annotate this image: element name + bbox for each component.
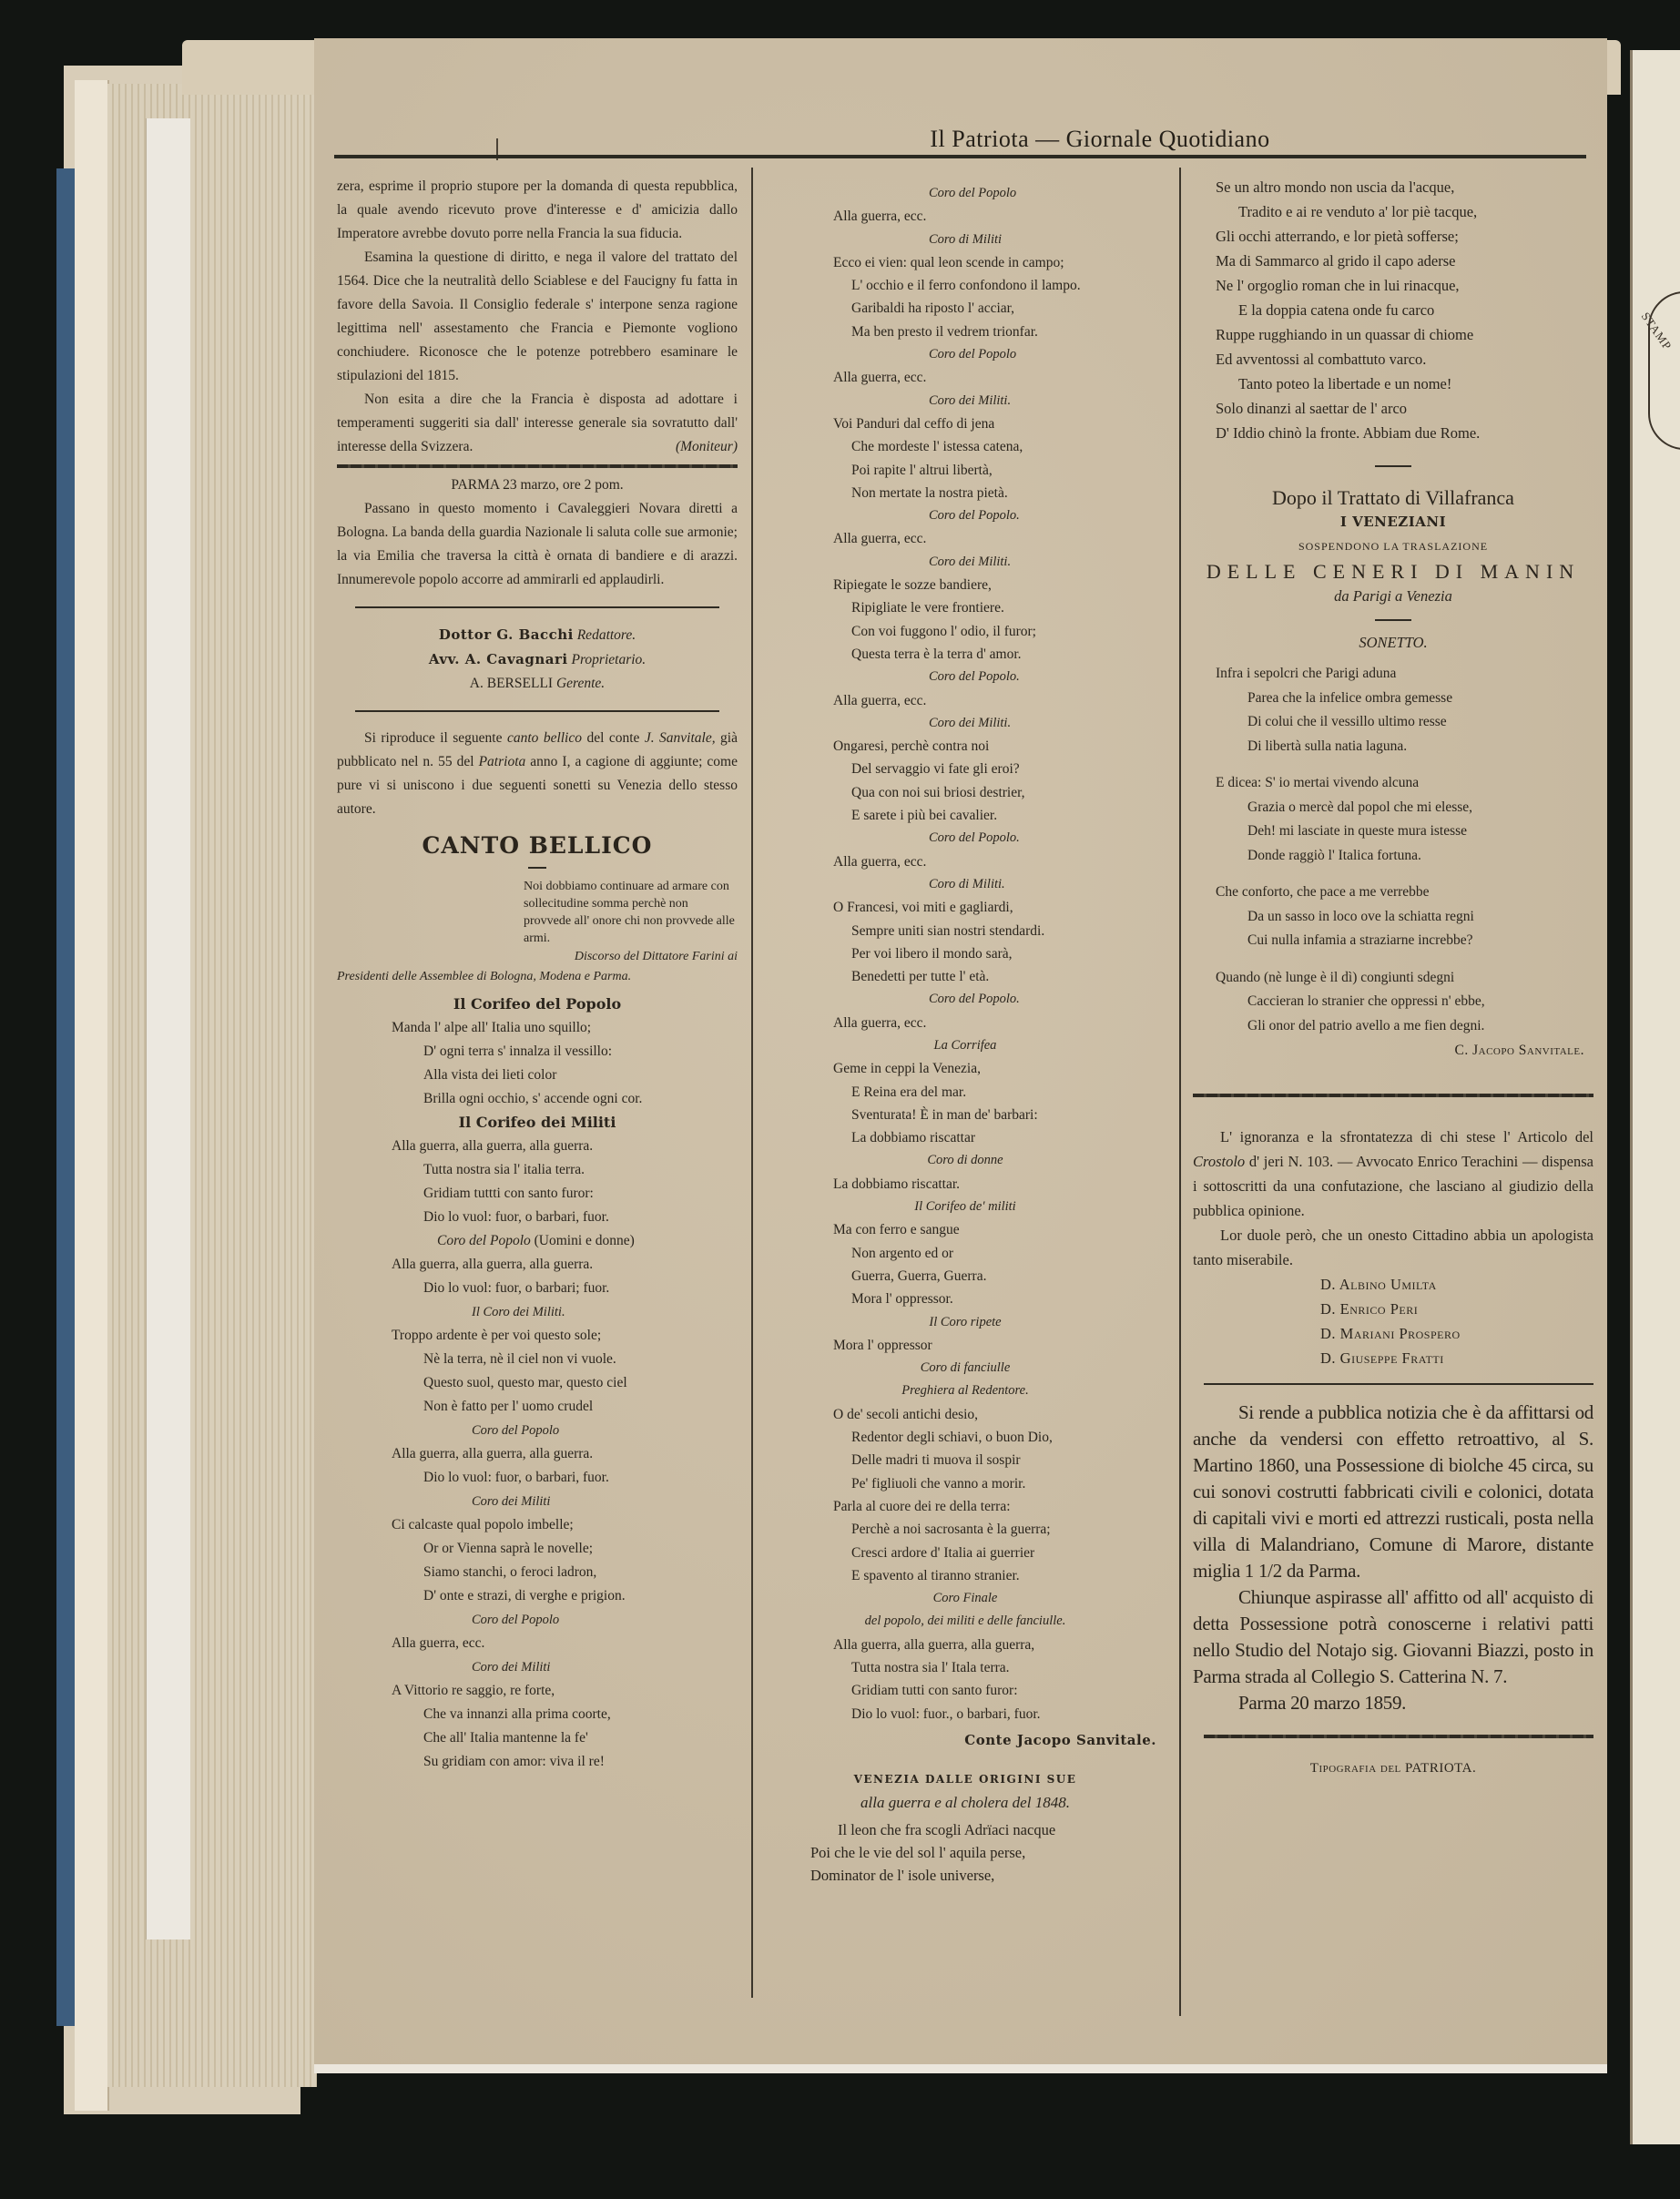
newspaper-page: Il Patriota — Giornale Quotidiano zera, …: [314, 38, 1607, 2073]
chorus-subrole: Preghiera al Redentore.: [765, 1379, 1166, 1402]
verse-line: Questo suol, questo mar, questo ciel: [337, 1371, 738, 1395]
verse-line: Ci calcaste qual popolo imbelle;: [337, 1513, 738, 1537]
verse-line: Quando (nè lunge è il dì) congiunti sdeg…: [1193, 966, 1593, 991]
verse-line: Mora l' oppressor: [765, 1334, 1166, 1357]
verse-line: Qua con noi sui briosi destrier,: [765, 781, 1166, 804]
verse-line: Ruppe rugghiando in un quassar di chiome: [1193, 322, 1593, 347]
signer: D. Giuseppe Fratti: [1193, 1346, 1593, 1370]
manin-heading: SOSPENDONO LA TRASLAZIONE: [1193, 534, 1593, 559]
verse-line: Gridiam tuttti con santo furor:: [337, 1182, 738, 1206]
verse-line: La dobbiamo riscattar.: [765, 1173, 1166, 1196]
staff-line: A. BERSELLI Gerente.: [337, 672, 738, 696]
canto-title: CANTO BELLICO: [337, 834, 738, 858]
section-dash: [1375, 619, 1411, 621]
section-dash: [1375, 465, 1411, 467]
verse-line: A Vittorio re saggio, re forte,: [337, 1679, 738, 1703]
verse-line: Ecco ei vien: qual leon scende in campo;: [765, 251, 1166, 274]
verse-line: Alla guerra, ecc.: [765, 527, 1166, 550]
verse-line: Da un sasso in loco ove la schiatta regn…: [1193, 905, 1593, 930]
verse-line: Siamo stanchi, o feroci ladron,: [337, 1561, 738, 1584]
chorus-role: Coro di Militi.: [765, 873, 1166, 896]
signer: D. Enrico Peri: [1193, 1297, 1593, 1321]
verse-line: Garibaldi ha riposto l' acciar,: [765, 297, 1166, 320]
verse-line: Troppo ardente è per voi questo sole;: [337, 1324, 738, 1348]
chorus-role: Coro di fanciulle: [765, 1357, 1166, 1379]
verse-line: Che va innanzi alla prima coorte,: [337, 1703, 738, 1726]
verse-line: Deh! mi lasciate in queste mura istesse: [1193, 820, 1593, 844]
section-divider: [1204, 1383, 1593, 1385]
chorus-role: Coro dei Militi.: [765, 390, 1166, 412]
notice-crostolo: L' ignoranza e la sfrontatezza di chi st…: [1193, 1125, 1593, 1370]
verse-line: Guerra, Guerra, Guerra.: [765, 1265, 1166, 1288]
verse-line: Cresci ardore d' Italia ai guerrier: [765, 1542, 1166, 1564]
signer: D. Mariani Prospero: [1193, 1321, 1593, 1346]
verse-line: Poi rapite l' altrui libertà,: [765, 459, 1166, 482]
verse-line: Se un altro mondo non uscia da l'acque,: [1193, 175, 1593, 199]
chorus-role: Il Coro ripete: [765, 1311, 1166, 1334]
verse-line: Parea che la infelice ombra gemesse: [1193, 687, 1593, 711]
verse-line: Alla guerra, alla guerra, alla guerra.: [337, 1442, 738, 1466]
chorus-role: Coro dei Militi.: [765, 551, 1166, 574]
verse-line: Alla guerra, ecc.: [765, 689, 1166, 712]
chorus-role: Coro del Popolo (Uomini e donne): [337, 1229, 738, 1253]
verse-line: Non è fatto per l' uomo crudel: [337, 1395, 738, 1419]
verse-line: Donde raggiò l' Italica fortuna.: [1193, 844, 1593, 869]
masthead: Il Patriota — Giornale Quotidiano: [781, 126, 1419, 153]
notice-paragraph: L' ignoranza e la sfrontatezza di chi st…: [1193, 1125, 1593, 1223]
verse-line: Con voi fuggono l' odio, il furor;: [765, 620, 1166, 643]
manin-heading: Dopo il Trattato di Villafranca: [1193, 485, 1593, 510]
section-divider: [337, 464, 738, 468]
news-paragraph: Esamina la questione di diritto, e nega …: [337, 246, 738, 388]
section-divider: [355, 606, 719, 608]
verse-line: Il leon che fra scogli Adrïaci nacque: [765, 1818, 1166, 1841]
verse-line: Ripigliate le vere frontiere.: [765, 596, 1166, 619]
chorus-blocks: Coro del PopoloAlla guerra, ecc.Coro di …: [765, 182, 1166, 1726]
verse-line: O de' secoli antichi desio,: [765, 1403, 1166, 1426]
verse-line: Cui nulla infamia a straziarne increbbe?: [1193, 929, 1593, 953]
left-column: zera, esprime il proprio stupore per la …: [337, 175, 738, 1774]
chorus-role: Coro Finale: [765, 1587, 1166, 1610]
sonetto-label: SONETTO.: [1193, 630, 1593, 655]
venezia-title: VENEZIA DALLE ORIGINI SUE: [765, 1768, 1166, 1791]
verse-line: D' ogni terra s' innalza il vessillo:: [337, 1040, 738, 1064]
chorus-role: Coro del Popolo.: [765, 666, 1166, 688]
verse-line: E spavento al tiranno stranier.: [765, 1564, 1166, 1587]
verse-line: Dominator de l' isole universe,: [765, 1864, 1166, 1887]
verse-line: Alla guerra, ecc.: [337, 1632, 738, 1655]
verse-line: Tradito e ai re venduto a' lor piè tacqu…: [1193, 199, 1593, 224]
verse-line: O Francesi, voi miti e gagliardi,: [765, 896, 1166, 919]
verse-line: Che conforto, che pace a me verrebbe: [1193, 881, 1593, 905]
notice-date: Parma 20 marzo 1859.: [1193, 1690, 1593, 1716]
section-divider: [355, 710, 719, 712]
notice-paragraph: Si rende a pubblica notizia che è da aff…: [1193, 1400, 1593, 1584]
chorus-role: Coro dei Militi: [337, 1655, 738, 1679]
verse-line: Dio lo vuol: fuor, o barbari, fuor.: [337, 1206, 738, 1229]
verse-line: Tutta nostra sia l' italia terra.: [337, 1158, 738, 1182]
verse-line: Che all' Italia mantenne la fe': [337, 1726, 738, 1750]
paper-bookmark-strip: [146, 118, 190, 1939]
verse-line: D' Iddio chinò la fronte. Abbiam due Rom…: [1193, 421, 1593, 445]
epigraph: Noi dobbiamo continuare ad armare con so…: [337, 878, 738, 947]
verse-line: E la doppia catena onde fu carco: [1193, 298, 1593, 322]
verse-line: Ripiegate le sozze bandiere,: [765, 574, 1166, 596]
page-edge: [75, 80, 109, 2111]
verse-line: Su gridiam con amor: viva il re!: [337, 1750, 738, 1774]
verse-line: Per voi libero il mondo sarà,: [765, 942, 1166, 965]
verse-line: Che mordeste l' istessa catena,: [765, 435, 1166, 458]
chorus-role: Coro di Militi: [765, 229, 1166, 251]
verse-line: Ma ben presto il vedrem trionfar.: [765, 321, 1166, 343]
chorus-role: Coro del Popolo: [765, 343, 1166, 366]
middle-column: Coro del PopoloAlla guerra, ecc.Coro di …: [765, 182, 1166, 1888]
verse-line: Caccieran lo stranier che oppressi n' eb…: [1193, 990, 1593, 1014]
verse-line: Tanto poteo la libertade e un nome!: [1193, 372, 1593, 396]
verse-line: Di libertà sulla natia laguna.: [1193, 735, 1593, 759]
verse-line: Geme in ceppi la Venezia,: [765, 1057, 1166, 1080]
chorus-role: Il Coro dei Militi.: [337, 1300, 738, 1324]
chorus-subrole: del popolo, dei militi e delle fanciulle…: [765, 1610, 1166, 1633]
corifeo-heading: Il Corifeo dei Militi: [337, 1111, 738, 1135]
verse-line: Voi Panduri dal ceffo di jena: [765, 412, 1166, 435]
verse-line: Alla guerra, ecc.: [765, 205, 1166, 228]
verse-line: Alla guerra, alla guerra, alla guerra,: [765, 1634, 1166, 1656]
chorus-role: Il Corifeo de' militi: [765, 1196, 1166, 1218]
parma-news: Passano in questo momento i Cavaleggieri…: [337, 497, 738, 592]
section-divider: [1204, 1735, 1593, 1738]
verse-line: Ne l' orgoglio roman che in lui rinacque…: [1193, 273, 1593, 298]
verse-line: Pe' figliuoli che vanno a morir.: [765, 1472, 1166, 1495]
verse-line: Ma con ferro e sangue: [765, 1218, 1166, 1241]
chorus-role: Coro del Popolo.: [765, 504, 1166, 527]
verse-line: Dio lo vuol: fuor, o barbari, fuor.: [337, 1466, 738, 1490]
verse-line: Manda l' alpe all' Italia uno squillo;: [337, 1016, 738, 1040]
news-paragraph: Non esita a dire che la Francia è dispos…: [337, 388, 738, 459]
verse-line: La dobbiamo riscattar: [765, 1126, 1166, 1149]
verse-line: Questa terra è la terra d' amor.: [765, 643, 1166, 666]
verse-line: Gli occhi atterrando, e lor pietà soffer…: [1193, 224, 1593, 249]
verse-line: Infra i sepolcri che Parigi aduna: [1193, 662, 1593, 687]
verse-line: L' occhio e il ferro confondono il lampo…: [765, 274, 1166, 297]
sonetto-signature: C. Jacopo Sanvitale.: [1193, 1038, 1593, 1063]
manin-heading: DELLE CENERI DI MANIN: [1193, 559, 1593, 584]
news-paragraph: zera, esprime il proprio stupore per la …: [337, 175, 738, 246]
verse-line: Di colui che il vessillo ultimo resse: [1193, 710, 1593, 735]
verse-line: Sempre uniti sian nostri stendardi.: [765, 920, 1166, 942]
sonetto: Infra i sepolcri che Parigi adunaParea c…: [1193, 662, 1593, 1038]
staff-line: Dottor G. Bacchi Redattore.: [337, 623, 738, 647]
verse-line: E dicea: S' io mertai vivendo alcuna: [1193, 771, 1593, 796]
verse-line: Benedetti per tutte l' età.: [765, 965, 1166, 988]
venezia-subtitle: alla guerra e al cholera del 1848.: [765, 1791, 1166, 1814]
notice-possessione: Si rende a pubblica notizia che è da aff…: [1193, 1400, 1593, 1716]
header-rule: [334, 155, 1586, 158]
verse-line: Gli onor del patrio avello a me fien deg…: [1193, 1014, 1593, 1039]
verse-line: Gridiam tutti con santo furor:: [765, 1679, 1166, 1702]
verse-line: Delle madri ti muova il sospir: [765, 1449, 1166, 1471]
staff-line: Avv. A. Cavagnari Proprietario.: [337, 647, 738, 672]
canto-intro: Si riproduce il seguente canto bellico d…: [337, 727, 738, 821]
notice-paragraph: Lor duole però, che un onesto Cittadino …: [1193, 1223, 1593, 1272]
verse-line: Perchè a noi sacrosanta è la guerra;: [765, 1518, 1166, 1541]
chorus-role: La Corrifea: [765, 1034, 1166, 1057]
chorus-role: Coro del Popolo: [765, 182, 1166, 205]
chorus-role: Coro del Popolo.: [765, 827, 1166, 850]
verse-line: Alla guerra, ecc.: [765, 366, 1166, 389]
verse-line: Ma di Sammarco al grido il capo aderse: [1193, 249, 1593, 273]
verse-line: Nè la terra, nè il ciel non vi vuole.: [337, 1348, 738, 1371]
verse-line: Or or Vienna saprà le novelle;: [337, 1537, 738, 1561]
corifeo-heading: Il Corifeo del Popolo: [337, 993, 738, 1016]
verse-line: Non argento ed or: [765, 1242, 1166, 1265]
chorus-role: Coro dei Militi: [337, 1490, 738, 1513]
verse-line: Non mertate la nostra pietà.: [765, 482, 1166, 504]
verse-line: Solo dinanzi al saettar de l' arco: [1193, 396, 1593, 421]
epigraph-source: Presidenti delle Assemblee di Bologna, M…: [337, 967, 738, 987]
chorus-role: Coro del Popolo: [337, 1419, 738, 1442]
verse-line: Alla vista dei lieti color: [337, 1064, 738, 1087]
verse-line: Redentor degli schiavi, o buon Dio,: [765, 1426, 1166, 1449]
verse-line: Tutta nostra sia l' Itala terra.: [765, 1656, 1166, 1679]
signer: D. Albino Umilta: [1193, 1272, 1593, 1297]
chorus-role: Coro del Popolo: [337, 1608, 738, 1632]
section-divider: [1193, 1094, 1593, 1097]
page-edges-stack: [107, 84, 317, 2087]
verse-line: Dio lo vuol: fuor., o barbari, fuor.: [765, 1703, 1166, 1726]
imprint: Tipografia del PATRIOTA.: [1193, 1756, 1593, 1781]
manin-heading: da Parigi a Venezia: [1193, 584, 1593, 608]
verse-line: D' onte e strazi, di verghe e prigion.: [337, 1584, 738, 1608]
verse-line: Ongaresi, perchè contra noi: [765, 735, 1166, 758]
verse-line: E sarete i più bei cavalier.: [765, 804, 1166, 827]
verse-line: Poi che le vie del sol l' aquila perse,: [765, 1841, 1166, 1864]
right-column: Se un altro mondo non uscia da l'acque,T…: [1193, 175, 1593, 1781]
verse-line: Parla al cuore dei re della terra:: [765, 1495, 1166, 1518]
chorus-role: Coro del Popolo.: [765, 988, 1166, 1011]
venezia-sonnet-continued: Se un altro mondo non uscia da l'acque,T…: [1193, 175, 1593, 445]
manin-heading: I VENEZIANI: [1193, 510, 1593, 534]
verse-line: Del servaggio vi fate gli eroi?: [765, 758, 1166, 780]
verse-line: Alla guerra, ecc.: [765, 850, 1166, 873]
title-dash: [528, 867, 546, 869]
verse-line: Alla guerra, ecc.: [765, 1012, 1166, 1034]
verse-line: Brilla ogni occhio, s' accende ogni cor.: [337, 1087, 738, 1111]
verse-line: Sventurata! È in man de' barbari:: [765, 1104, 1166, 1126]
verse-line: E Reina era del mar.: [765, 1081, 1166, 1104]
verse-line: Alla guerra, alla guerra, alla guerra.: [337, 1135, 738, 1158]
chorus-role: Coro dei Militi.: [765, 712, 1166, 735]
news-source: (Moniteur): [648, 435, 738, 459]
epigraph-source: Discorso del Dittatore Farini ai: [337, 947, 738, 967]
signature: Conte Jacopo Sanvitale.: [765, 1729, 1166, 1752]
column-divider-1: [751, 168, 753, 1998]
column-divider-2: [1179, 168, 1181, 2016]
verse-line: Grazia o mercè dal popol che mi elesse,: [1193, 796, 1593, 820]
parma-dateline: PARMA 23 marzo, ore 2 pom.: [337, 473, 738, 497]
verse-line: Ed avventossi al combattuto varco.: [1193, 347, 1593, 372]
notice-paragraph: Chiunque aspirasse all' affitto od all' …: [1193, 1584, 1593, 1690]
verse-line: Alla guerra, alla guerra, alla guerra.: [337, 1253, 738, 1277]
chorus-role: Coro di donne: [765, 1149, 1166, 1172]
verse-line: Dio lo vuol: fuor, o barbari; fuor.: [337, 1277, 738, 1300]
verse-line: Mora l' oppressor.: [765, 1288, 1166, 1310]
